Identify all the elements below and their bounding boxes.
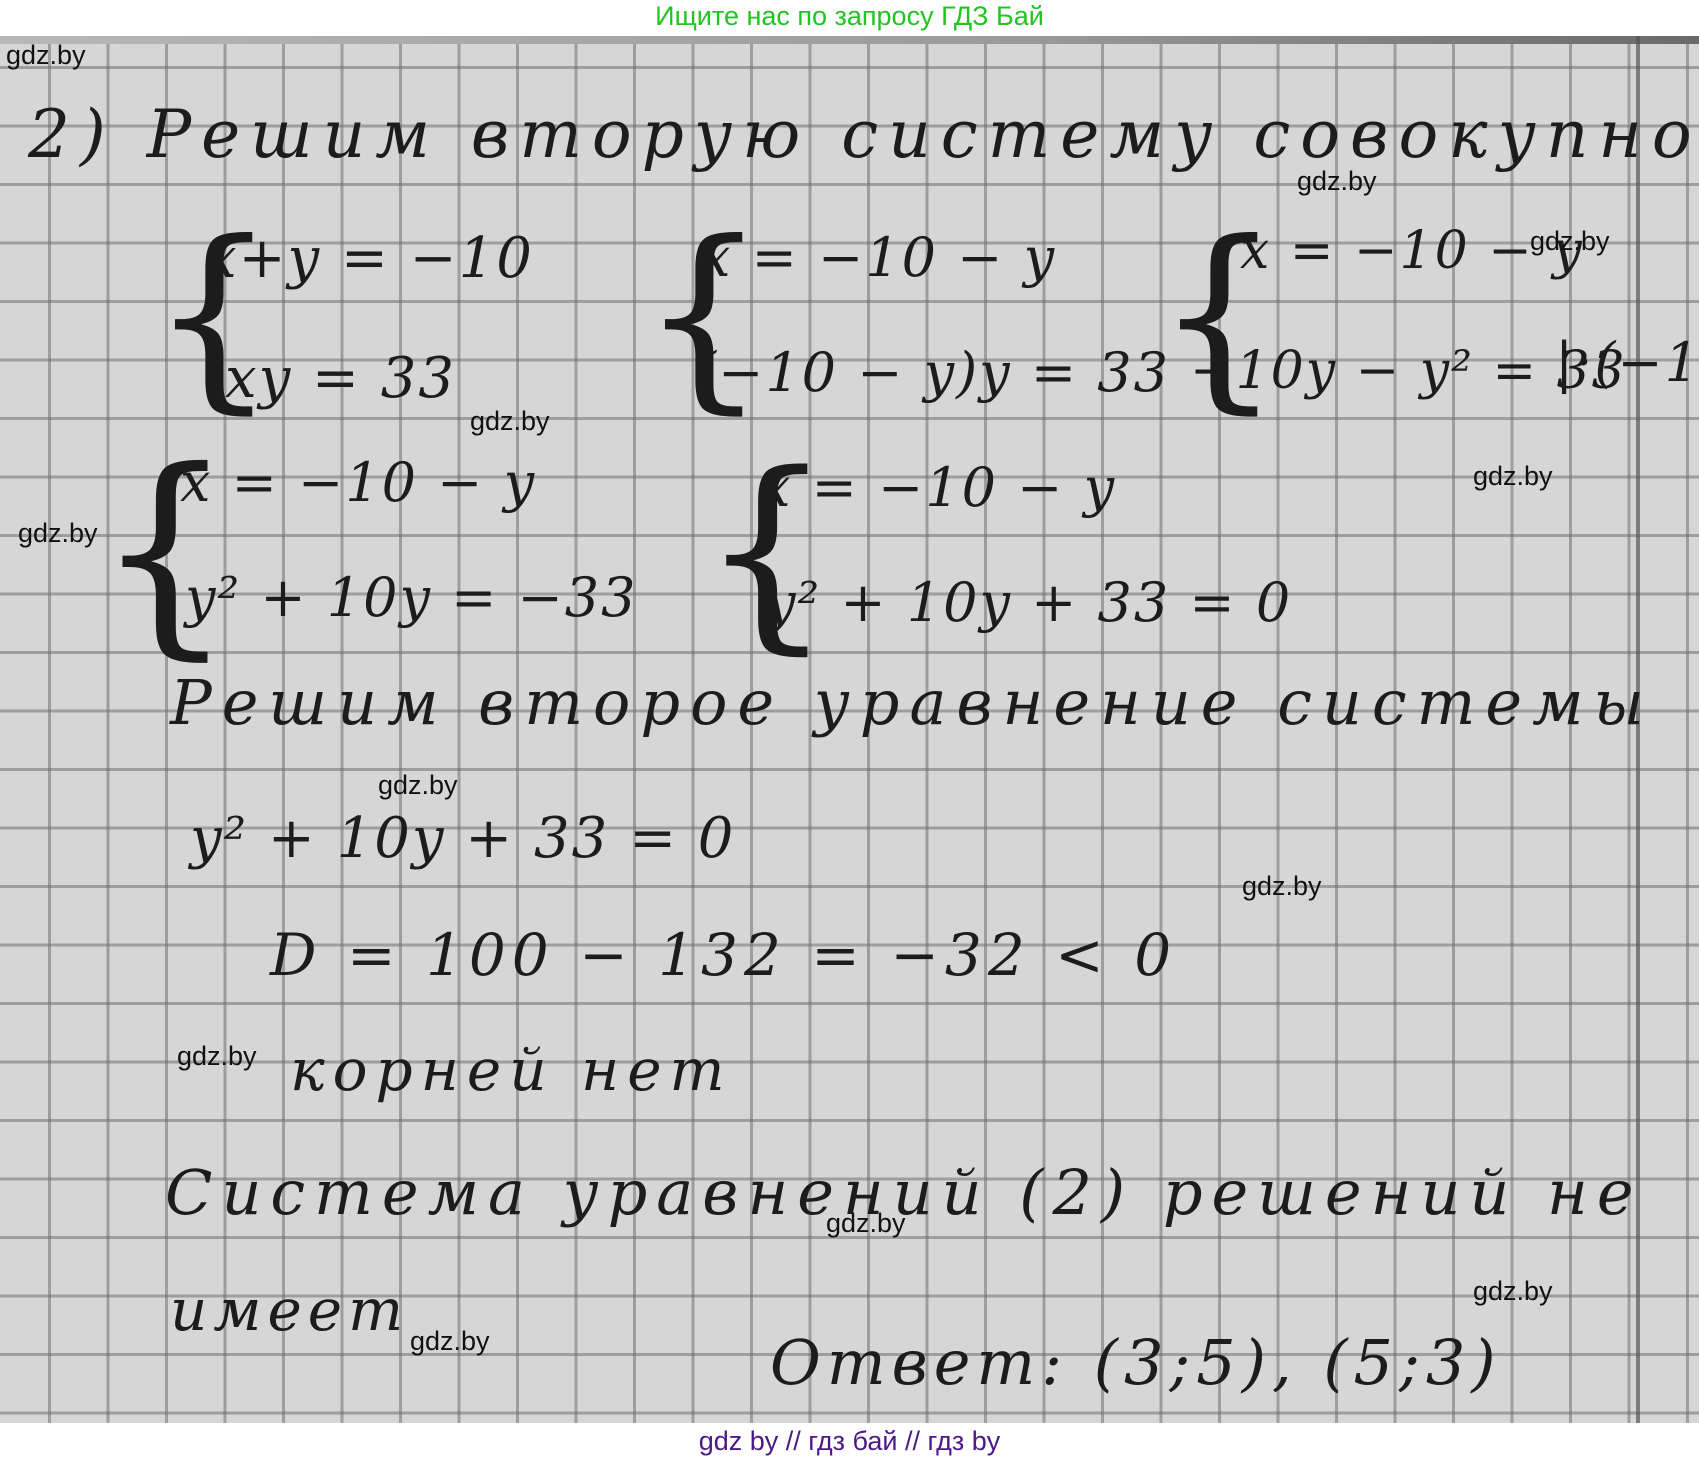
conclusion-line-2: имеет <box>170 1276 409 1344</box>
watermark: gdz.by <box>1530 226 1610 257</box>
system2-eq1: x = −10 − y <box>700 226 1056 289</box>
heading: 2) Решим вторую систему совокупности <box>28 96 1699 173</box>
bottom-banner: gdz by // гдз бай // гдз by <box>0 1423 1699 1460</box>
system4-eq1: x = −10 − y <box>180 451 536 514</box>
watermark: gdz.by <box>6 40 86 71</box>
watermark: gdz.by <box>18 518 98 549</box>
system1-eq1: x+y = −10 <box>205 226 534 291</box>
watermark: gdz.by <box>470 406 550 437</box>
subheading: Решим второе уравнение системы <box>170 666 1654 739</box>
system3-note: |·(−1) <box>1555 331 1699 394</box>
discriminant: D = 100 − 132 = −32 < 0 <box>270 921 1177 989</box>
watermark: gdz.by <box>826 1208 906 1239</box>
system5-eq1: x = −10 − y <box>760 456 1116 519</box>
system4-eq2: y² + 10y = −33 <box>185 566 638 629</box>
watermark: gdz.by <box>177 1041 257 1072</box>
watermark: gdz.by <box>1473 461 1553 492</box>
watermark: gdz.by <box>1297 166 1377 197</box>
no-roots: корней нет <box>290 1036 733 1104</box>
system2-eq2: (−10 − y)y = 33 <box>695 341 1170 404</box>
system1-eq2: xy = 33 <box>225 346 456 411</box>
top-banner: Ищите нас по запросу ГДЗ Бай <box>0 0 1699 36</box>
watermark: gdz.by <box>1242 871 1322 902</box>
answer: Ответ: (3;5), (5;3) <box>770 1326 1502 1399</box>
quadratic-equation: y² + 10y + 33 = 0 <box>190 806 735 871</box>
system5-eq2: y² + 10y + 33 = 0 <box>765 571 1292 634</box>
notebook-page: 2) Решим вторую систему совокупности { x… <box>0 36 1699 1423</box>
watermark: gdz.by <box>1473 1276 1553 1307</box>
watermark: gdz.by <box>378 770 458 801</box>
watermark: gdz.by <box>410 1326 490 1357</box>
